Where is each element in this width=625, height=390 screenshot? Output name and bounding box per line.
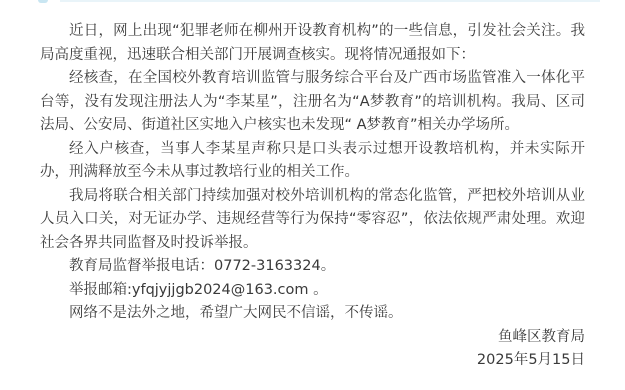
notice-email-line: 举报邮箱:yfqjyjjgb2024@163.com 。: [40, 279, 585, 303]
notice-hotline-line: 教育局监督举报电话：0772-3163324。: [40, 255, 585, 279]
notice-document: 近日，网上出现“犯罪老师在柳州开设教育机构”的一些信息，引发社会关注。我局高度重…: [0, 0, 625, 390]
top-cutoff-dot: [38, 0, 48, 3]
notice-paragraph-intro: 近日，网上出现“犯罪老师在柳州开设教育机构”的一些信息，引发社会关注。我局高度重…: [40, 20, 585, 67]
top-cutoff-line: [60, 0, 600, 2]
date: 2025年5月15日: [40, 349, 585, 373]
notice-paragraph-verification: 经核查，在全国校外教育培训监管与服务综合平台及广西市场监管准入一体化平台等，没有…: [40, 67, 585, 138]
notice-paragraph-interview: 经入户核查，当事人李某星声称只是口头表示过想开设教培机构，并未实际开办，刑满释放…: [40, 138, 585, 185]
signature: 鱼峰区教育局: [40, 326, 585, 350]
notice-paragraph-closing: 网络不是法外之地，希望广大网民不信谣，不传谣。: [40, 302, 585, 326]
notice-paragraph-supervision: 我局将联合相关部门持续加强对校外培训机构的常态化监管，严把校外培训从业人员入口关…: [40, 185, 585, 256]
